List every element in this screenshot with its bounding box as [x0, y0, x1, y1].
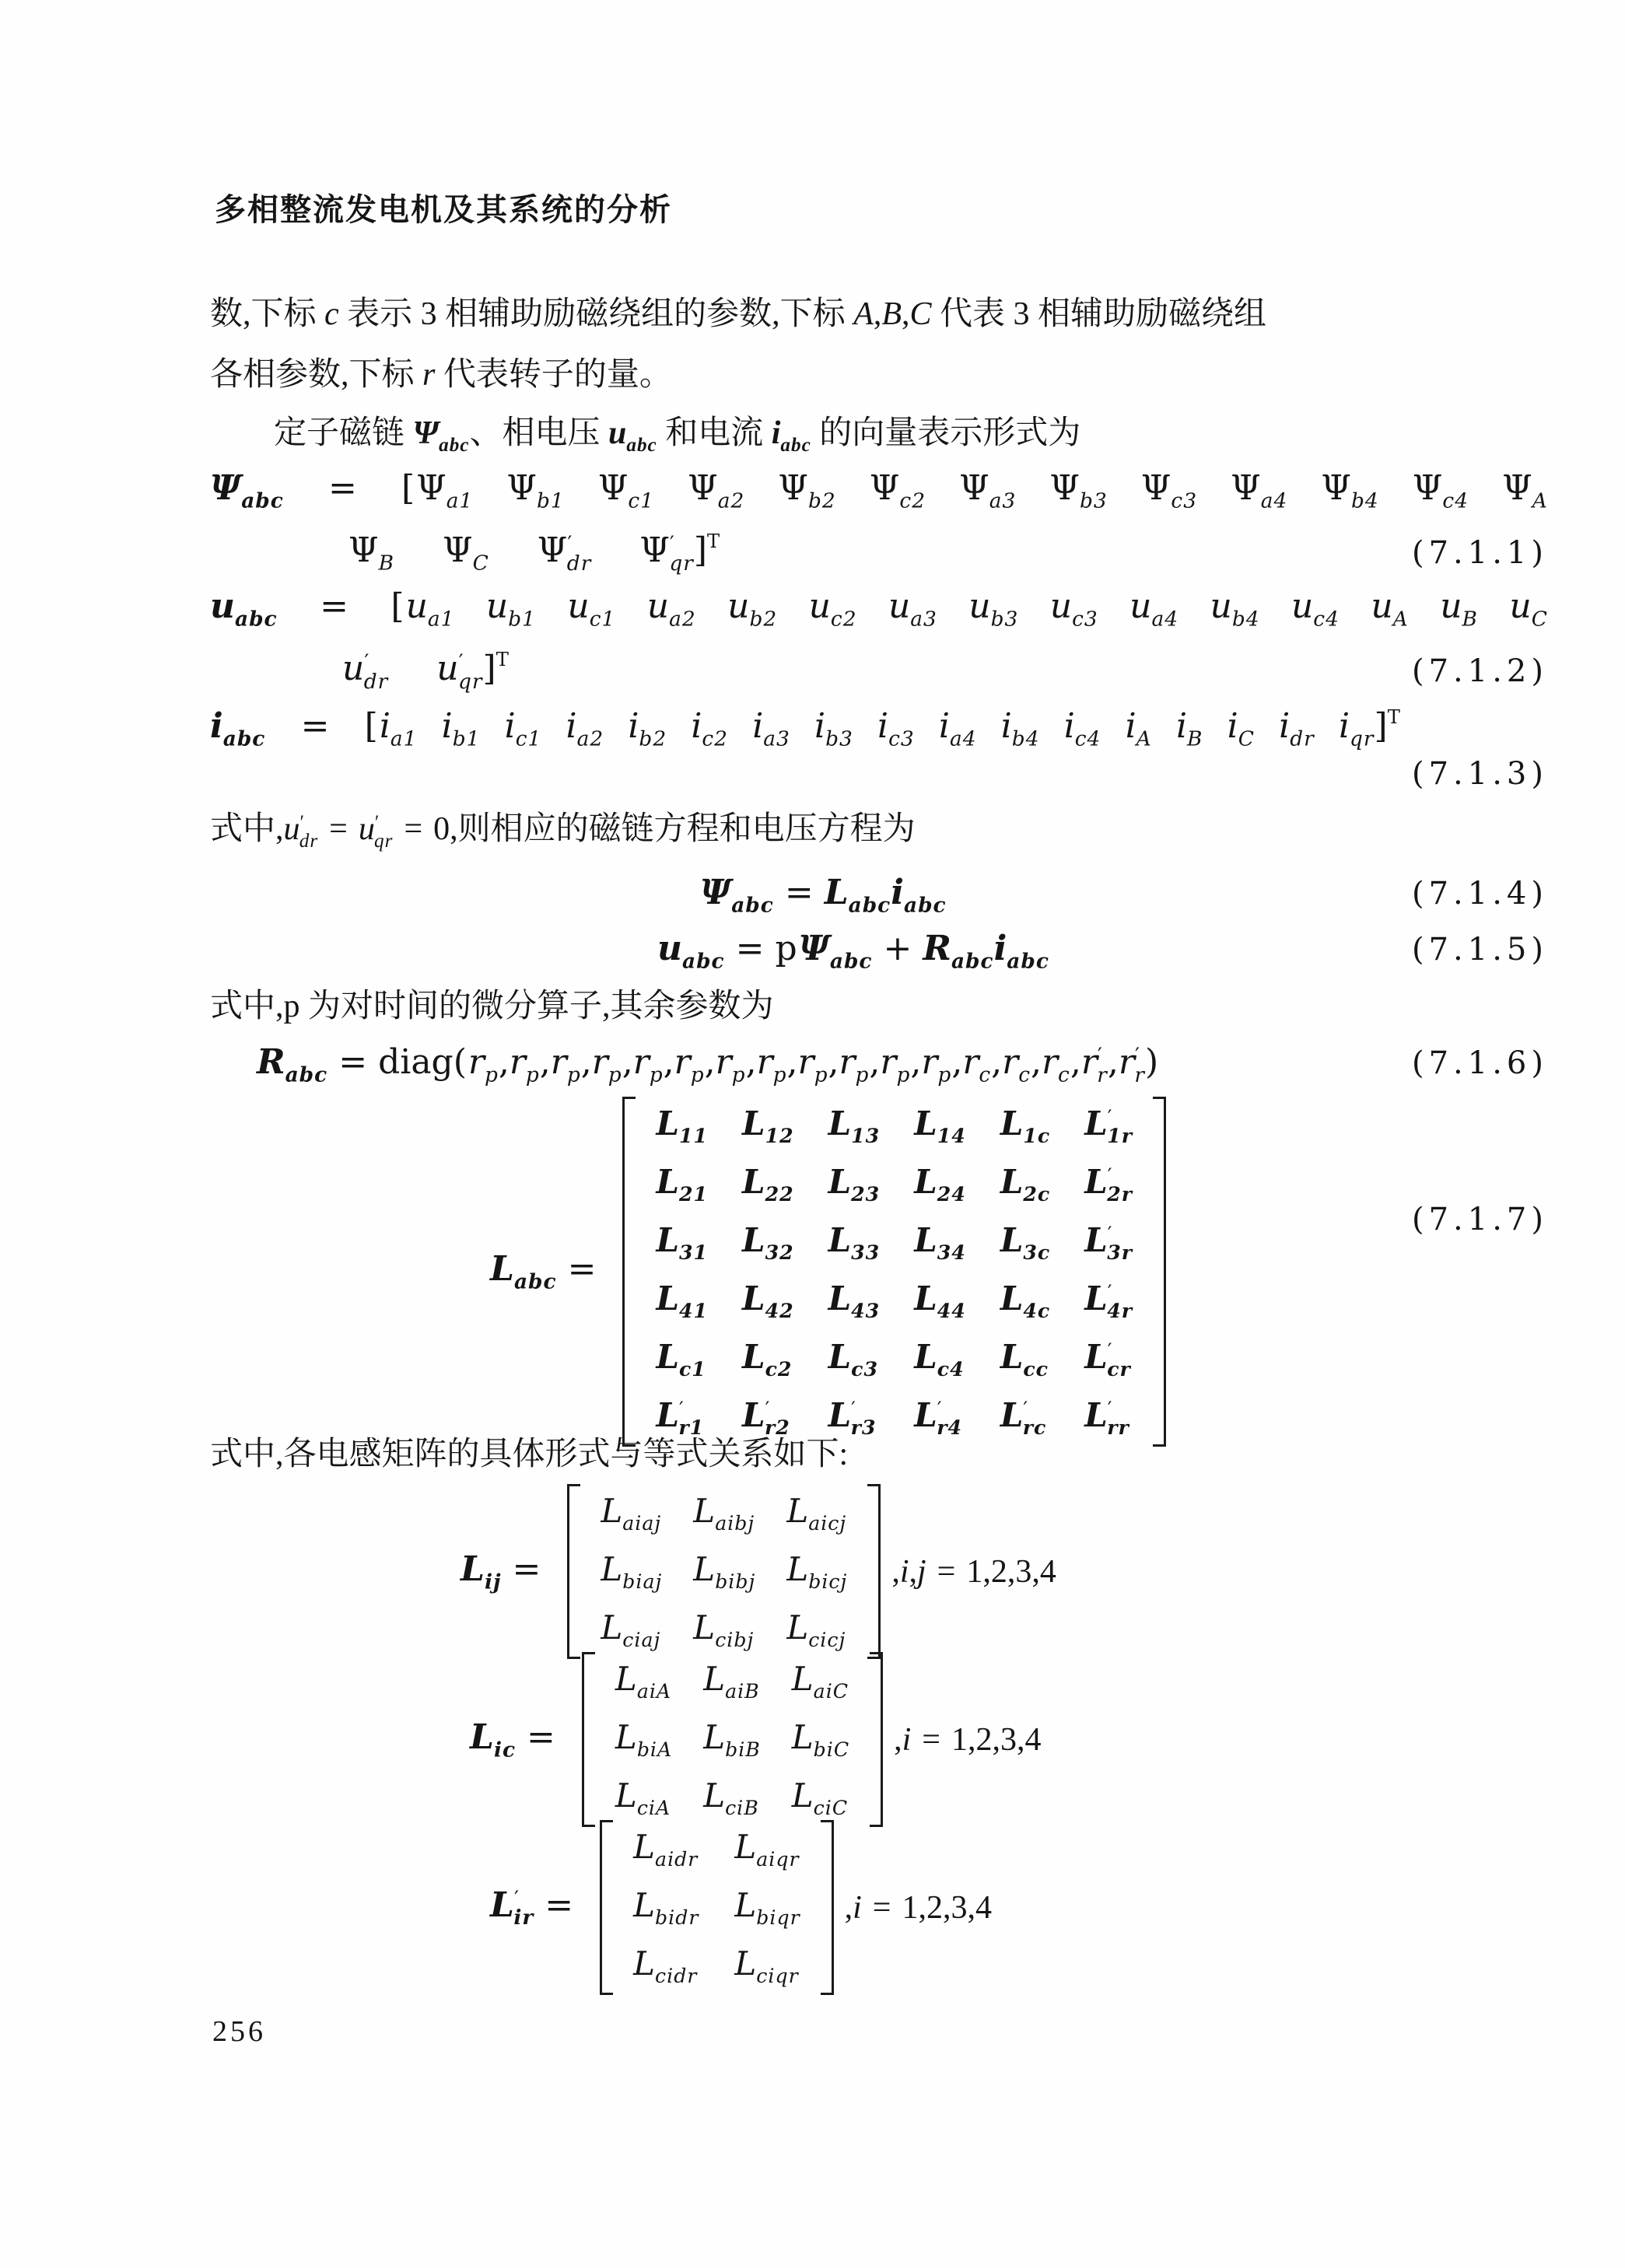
- equation-712-row2: u′dru′qr]T: [342, 649, 509, 694]
- equation-number-711: (7.1.1): [1412, 535, 1548, 571]
- equation-number-717: (7.1.7): [1412, 1202, 1548, 1237]
- paragraph-line-2: 各相参数,下标 r 代表转子的量。: [210, 355, 672, 396]
- intro-line: 定子磁链 Ψabc、相电压 uabc 和电流 iabc 的向量表示形式为: [274, 413, 1080, 458]
- right-bracket: [1153, 1097, 1166, 1447]
- equation-712-row1: uabc=[ua1ub1uc1ua2ub2uc2ua3ub3uc3ua4ub4u…: [210, 586, 1548, 632]
- right-bracket: [821, 1820, 834, 1995]
- lir-matrix-cells: LaidrLaiqrLbidrLbiqrLcidrLciqr: [619, 1820, 814, 1995]
- equation-lij-lhs: Lij=: [461, 1549, 552, 1594]
- where-line-2: 式中,p 为对时间的微分算子,其余参数为: [210, 986, 774, 1027]
- equation-number-714: (7.1.4): [1412, 876, 1548, 912]
- equation-711-row1: Ψabc=[Ψa1Ψb1Ψc1Ψa2Ψb2Ψc2Ψa3Ψb3Ψc3Ψa4Ψb4Ψ…: [210, 468, 1548, 513]
- equation-lic: Lic= LaiALaiBLaiCLbiALbiBLbiCLciALciBLci…: [470, 1652, 1041, 1827]
- where-line-3: 式中,各电感矩阵的具体形式与等式关系如下:: [210, 1434, 848, 1475]
- inductance-matrix-cells: L11L12L13L14L1cL′1rL21L22L23L24L2cL′2rL3…: [642, 1097, 1147, 1447]
- lir-matrix: LaidrLaiqrLbidrLbiqrLcidrLciqr: [600, 1820, 833, 1995]
- lij-matrix-cells: LaiajLaibjLaicjLbiajLbibjLbicjLciajLcibj…: [587, 1484, 861, 1659]
- right-bracket: [870, 1652, 883, 1827]
- equation-713-row1: iabc=[ia1ib1ic1ia2ib2ic2ia3ib3ic3ia4ib4i…: [210, 706, 1400, 751]
- equation-716: Rabc=diag(rp,rp,rp,rp,rp,rp,rp,rp,rp,rp,…: [257, 1042, 1158, 1087]
- equation-717-lhs: Labc=: [490, 1249, 607, 1294]
- equation-715: uabc=pΨabc+Rabciabc: [657, 929, 1049, 974]
- left-bracket: [567, 1484, 580, 1659]
- left-bracket: [622, 1097, 636, 1447]
- equation-lij-condition: ,i,j=1,2,3,4: [891, 1553, 1056, 1591]
- paragraph-line-1: 数,下标 c 表示 3 相辅助励磁绕组的参数,下标 A,B,C 代表 3 相辅助…: [210, 294, 1266, 335]
- equation-717: Labc= L11L12L13L14L1cL′1rL21L22L23L24L2c…: [490, 1097, 1166, 1447]
- running-header: 多相整流发电机及其系统的分析: [215, 185, 672, 229]
- equation-711-row2: ΨBΨCΨ′drΨ′qr]T: [348, 530, 720, 576]
- equation-lir-lhs: L′ir=: [490, 1885, 584, 1930]
- equation-lic-lhs: Lic=: [470, 1717, 566, 1762]
- equation-number-713: (7.1.3): [1412, 756, 1548, 792]
- lic-matrix: LaiALaiBLaiCLbiALbiBLbiCLciALciBLciC: [582, 1652, 883, 1827]
- equation-714: Ψabc=Labciabc: [700, 873, 947, 918]
- left-bracket: [600, 1820, 613, 1995]
- right-bracket: [867, 1484, 881, 1659]
- equation-lir: L′ir= LaidrLaiqrLbidrLbiqrLcidrLciqr ,i=…: [490, 1820, 992, 1995]
- left-bracket: [582, 1652, 595, 1827]
- equation-lir-condition: ,i=1,2,3,4: [845, 1889, 992, 1927]
- where-line-1: 式中,u′dr=u′qr=0,则相应的磁链方程和电压方程为: [210, 809, 916, 854]
- page-number: 256: [212, 2014, 266, 2049]
- equation-lij: Lij= LaiajLaibjLaicjLbiajLbibjLbicjLciaj…: [461, 1484, 1056, 1659]
- lij-matrix: LaiajLaibjLaicjLbiajLbibjLbicjLciajLcibj…: [567, 1484, 881, 1659]
- equation-number-716: (7.1.6): [1412, 1045, 1548, 1081]
- lic-matrix-cells: LaiALaiBLaiCLbiALbiBLbiCLciALciBLciC: [601, 1652, 863, 1827]
- inductance-matrix: L11L12L13L14L1cL′1rL21L22L23L24L2cL′2rL3…: [622, 1097, 1166, 1447]
- book-page: 多相整流发电机及其系统的分析 数,下标 c 表示 3 相辅助励磁绕组的参数,下标…: [0, 0, 1625, 2268]
- equation-number-715: (7.1.5): [1412, 932, 1548, 968]
- equation-lic-condition: ,i=1,2,3,4: [894, 1721, 1041, 1759]
- equation-number-712: (7.1.2): [1412, 653, 1548, 689]
